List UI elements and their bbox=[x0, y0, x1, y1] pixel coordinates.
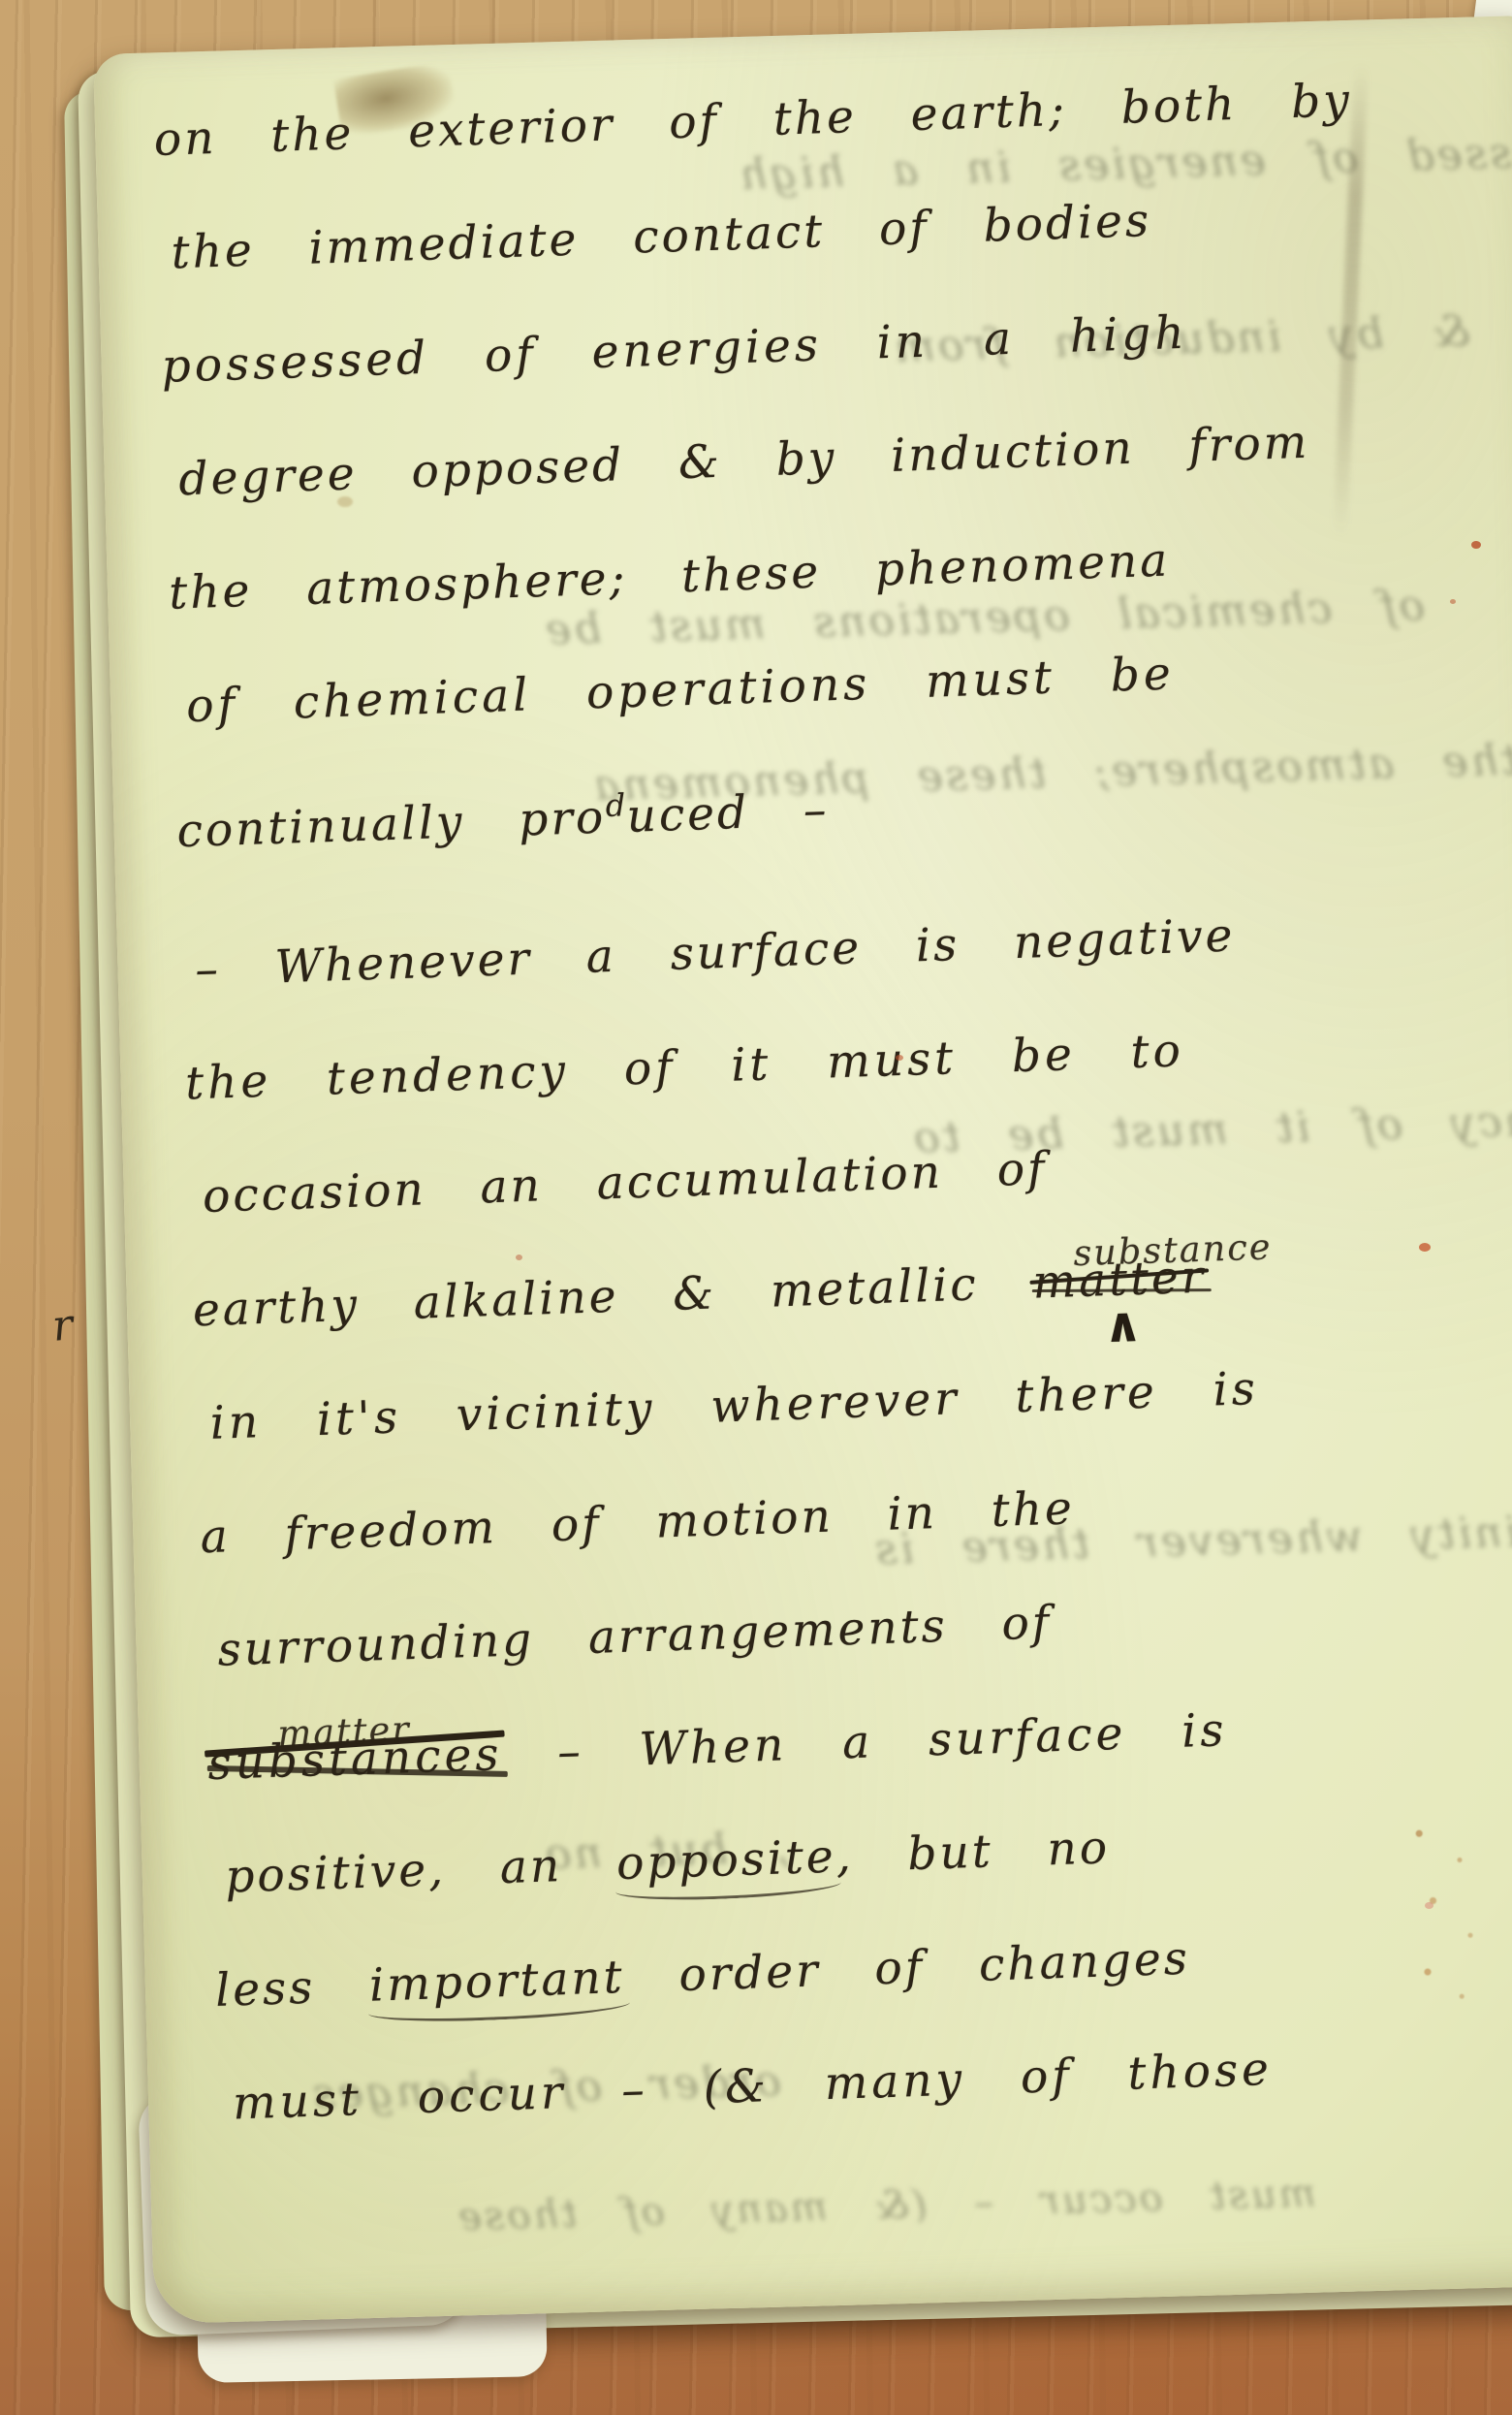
text-segment: the tendency of it must be to bbox=[184, 1024, 1184, 1110]
text-segment: order of changes bbox=[624, 1931, 1191, 2003]
text-segment: of chemical operations must be bbox=[185, 647, 1175, 733]
manuscript-photo: possessed of energies in a high degree o… bbox=[0, 0, 1512, 2415]
text-segment: continually pro bbox=[176, 791, 607, 859]
text-segment: degree opposed & by induction from bbox=[178, 416, 1310, 507]
text-segment: , but no bbox=[835, 1821, 1111, 1883]
text-segment: occasion an accumulation of bbox=[202, 1142, 1048, 1223]
inserted-word: matter bbox=[275, 1672, 412, 1790]
text-segment: a freedom of motion in the bbox=[200, 1481, 1076, 1564]
text-segment: the immediate contact of bodies bbox=[171, 194, 1152, 280]
correction-group: mattersubstance∧ bbox=[1031, 1220, 1208, 1339]
correction-group: substancesmatter bbox=[206, 1698, 505, 1821]
text-segment: on the exterior of the earth; both by bbox=[153, 74, 1353, 167]
text-block: on the exterior of the earth; both bythe… bbox=[95, 7, 1512, 2162]
text-segment: less bbox=[214, 1958, 370, 2017]
text-segment: uced – bbox=[626, 783, 831, 843]
text-segment: – When a surface is bbox=[501, 1703, 1228, 1781]
text-segment: d bbox=[605, 786, 627, 824]
text-segment: positive, an bbox=[224, 1837, 617, 1903]
text-segment: important bbox=[368, 1951, 625, 2013]
text-segment: must occur – (& many of those bbox=[232, 2043, 1274, 2131]
text-segment: in it's vicinity wherever there is bbox=[209, 1362, 1260, 1450]
text-segment: earthy alkaline & metallic bbox=[192, 1255, 1033, 1337]
text-segment: – Whenever a surface is negative bbox=[194, 908, 1236, 997]
text-segment: opposite bbox=[615, 1829, 836, 1890]
text-segment: the atmosphere; these phenomena bbox=[169, 534, 1172, 620]
text-segment: surrounding arrangements of bbox=[217, 1596, 1053, 1677]
text-segment: possessed of energies in a high bbox=[161, 306, 1189, 394]
